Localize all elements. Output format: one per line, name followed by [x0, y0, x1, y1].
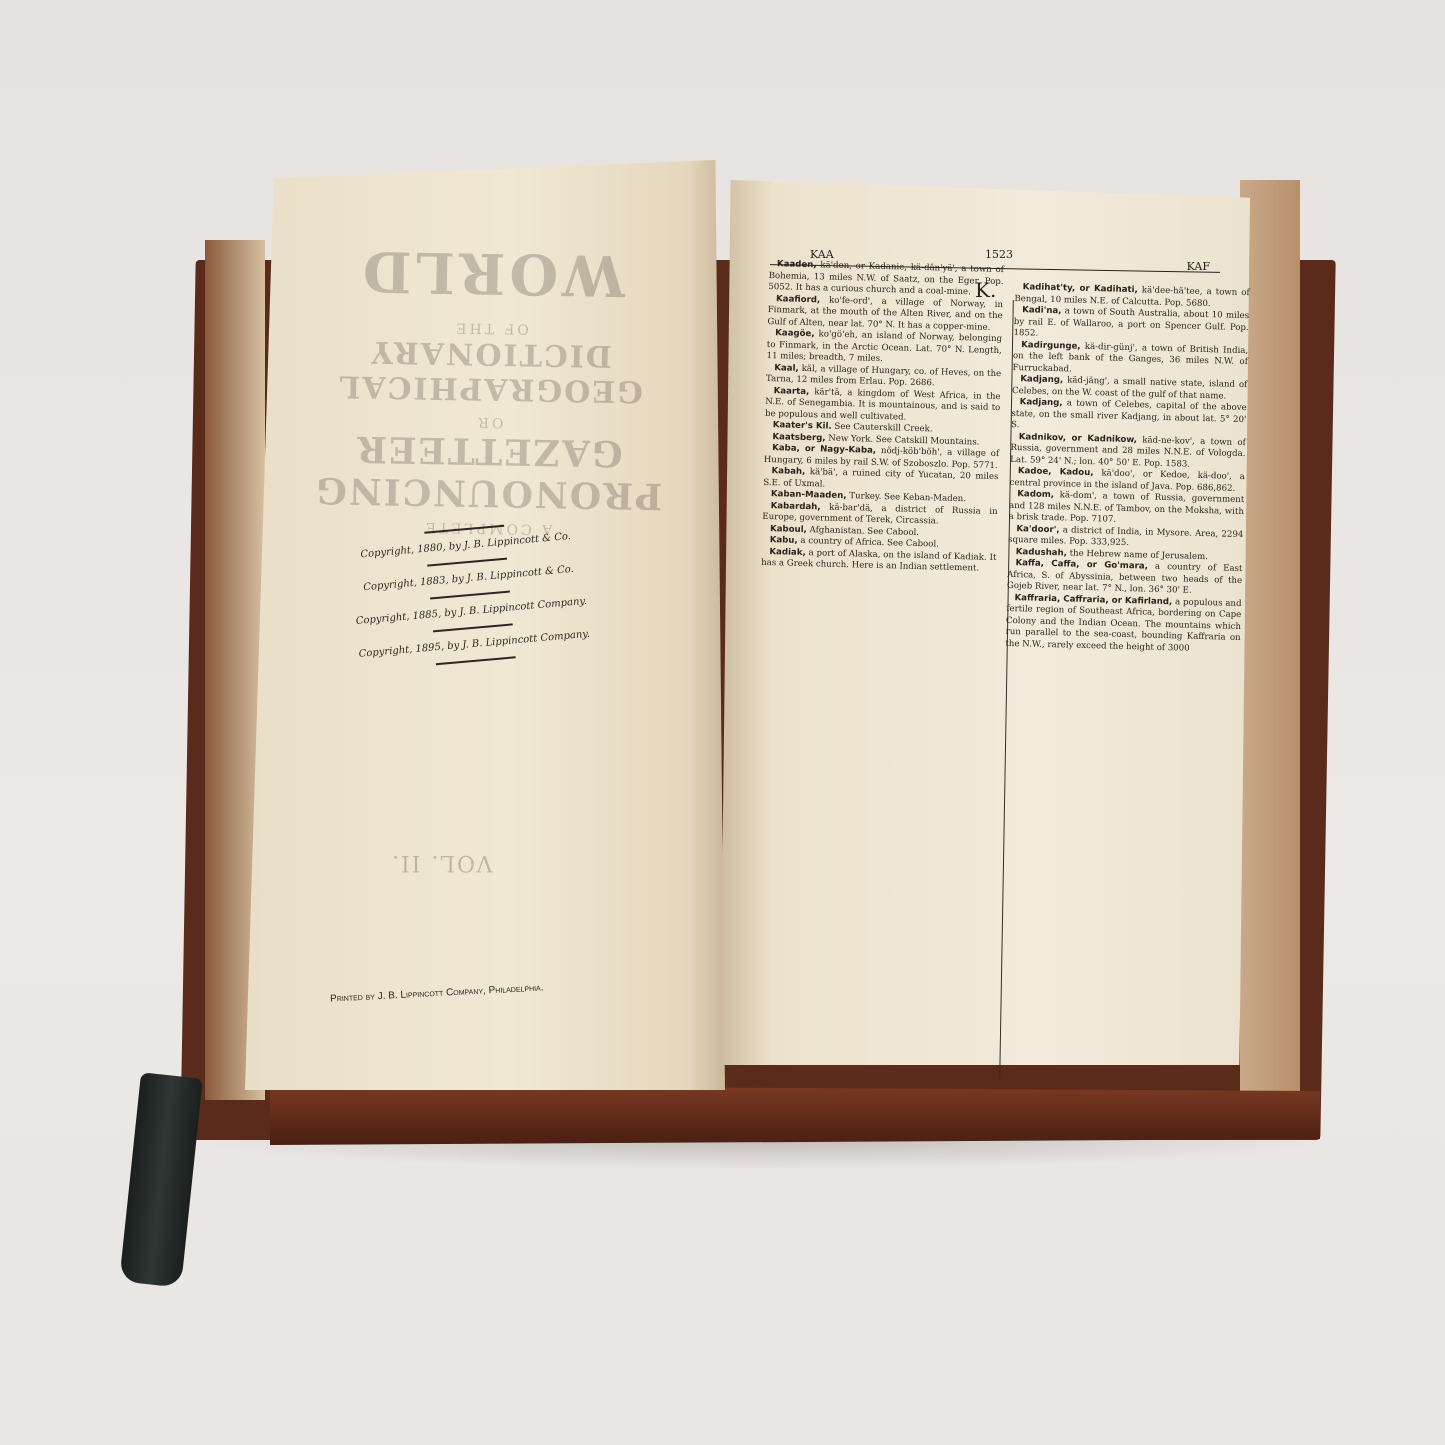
copyright-line: Copyright, 1883, by J. B. Lippincott & C… — [329, 561, 609, 596]
gazetteer-column-right: Kadihat'ty, or Kadihati, kä'dee-hä'tee, … — [1005, 282, 1250, 656]
copyright-line: Copyright, 1895, by J. B. Lippincott Com… — [334, 627, 614, 662]
volume-label: VOL. II. — [390, 850, 493, 875]
entry-term: Kaater's Kil. — [773, 420, 832, 432]
entry-text: käl, a village of Hungary, co. of Heves,… — [766, 363, 1001, 388]
title-line: PRONOUNCING GAZETTEER — [298, 427, 679, 518]
entry-term: Kabu, — [770, 535, 798, 546]
entry-term: Kaban-Maaden, — [771, 489, 847, 501]
copyright-line: Copyright, 1880, by J. B. Lippincott & C… — [326, 528, 606, 563]
entry-term: Kadoe, Kadou, — [1018, 466, 1094, 478]
title-line: GEOGRAPHICAL DICTIONARY — [300, 333, 681, 410]
entry-term: Kaba, or Nagy-Kaba, — [772, 443, 876, 456]
entry-term: Kaafiord, — [776, 294, 820, 305]
book-bottom-edge — [270, 1085, 1320, 1145]
entry-term: Kadjang, — [1020, 374, 1063, 385]
gazetteer-column-left: Kaaden, kä'den, or Kadanie, kä-dän'yä', … — [761, 259, 1004, 576]
entry-term: Kaarta, — [774, 386, 810, 397]
copyright-block: Copyright, 1880, by J. B. Lippincott & C… — [324, 508, 616, 682]
entry-term: Kabah, — [771, 466, 805, 477]
page-number: 1523 — [985, 248, 1013, 261]
entry-term: Kaal, — [774, 363, 799, 374]
entry-term: Kadom, — [1017, 489, 1054, 500]
divider — [427, 558, 507, 567]
entry-term: Kabardah, — [771, 501, 821, 512]
entry-term: Kaagöe, — [775, 328, 815, 339]
entry-term: Ka'door', — [1016, 524, 1059, 535]
copyright-line: Copyright, 1885, by J. B. Lippincott Com… — [331, 594, 611, 629]
entry-term: Kadi'na, — [1022, 305, 1062, 316]
entry-text: See Cauterskill Creek. — [832, 422, 933, 435]
divider — [424, 525, 504, 534]
divider — [436, 656, 516, 665]
title-line: WORLD — [301, 237, 682, 310]
divider — [433, 623, 513, 632]
divider — [430, 591, 510, 600]
entry-term: Kaaden, — [777, 259, 817, 270]
entry-term: Kadjang, — [1020, 397, 1063, 408]
entry-term: Kadiak, — [769, 547, 806, 558]
entry-term: Kadirgunge, — [1021, 340, 1081, 352]
entry-term: Kadushah, — [1016, 547, 1067, 558]
bleed-through-title: A COMPLETE PRONOUNCING GAZETTEER OR GEOG… — [297, 237, 682, 540]
gazetteer-entry: Kaffraria, Caffraria, or Kafirland, a po… — [1005, 592, 1241, 656]
header-left-guide: KAA — [810, 248, 834, 261]
right-page-edges — [1240, 180, 1300, 1100]
entry-term: Kaboul, — [770, 524, 807, 535]
entry-term: Kaatsberg, — [772, 432, 825, 443]
